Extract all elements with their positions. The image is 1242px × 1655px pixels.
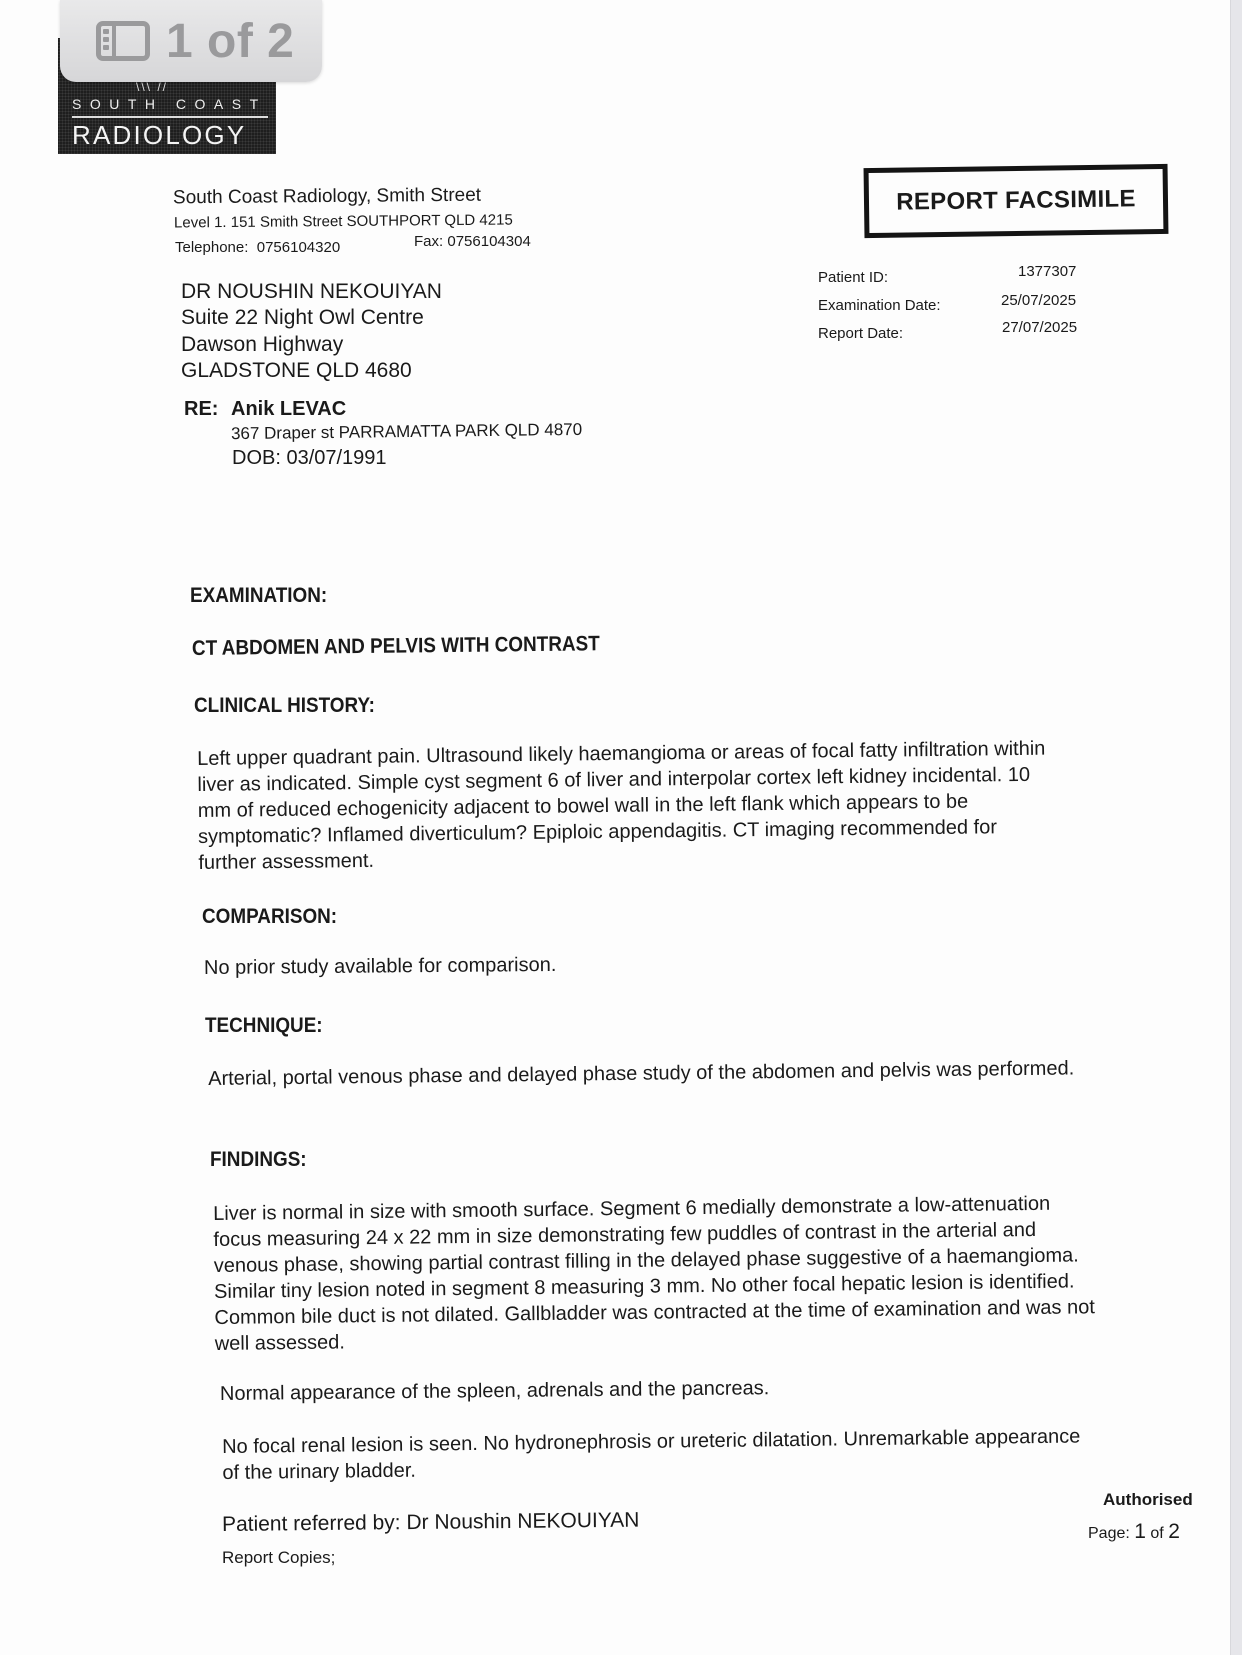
technique-text: Arterial, portal venous phase and delaye… [208,1055,1078,1092]
fax-value: 0756104304 [447,233,530,250]
examination-heading: EXAMINATION: [190,584,327,608]
findings-paragraph-3: No focal renal lesion is seen. No hydron… [222,1423,1083,1486]
logo-line2: RADIOLOGY [72,120,246,151]
patient-address: 367 Draper st PARRAMATTA PARK QLD 4870 [231,420,582,444]
page-total: 2 [1168,1520,1180,1543]
meta-label-exam-date: Examination Date: [818,297,941,314]
page-label: Page: [1088,1525,1130,1542]
report-facsimile-stamp: REPORT FACSIMILE [864,164,1169,238]
clinical-history-heading: CLINICAL HISTORY: [194,694,375,718]
sidebar-icon[interactable] [96,21,150,61]
clinic-telephone: Telephone: 0756104320 [175,239,340,256]
viewer-scroll-gutter[interactable] [1230,0,1242,1655]
report-copies: Report Copies; [222,1548,335,1568]
fax-label: Fax: [414,233,443,250]
page-indicator-text: 1 of 2 [166,14,294,69]
meta-value-exam-date: 25/07/2025 [1001,292,1076,309]
meta-value-report-date: 27/07/2025 [1002,319,1077,336]
telephone-value: 0756104320 [257,239,340,256]
meta-label-patient-id: Patient ID: [818,269,888,286]
comparison-heading: COMPARISON: [202,905,337,929]
logo-line1: SOUTH COAST [72,96,267,112]
telephone-label: Telephone: [175,239,248,256]
recipient-address-line3: GLADSTONE QLD 4680 [181,359,412,383]
report-page: \\\ // SOUTH COAST RADIOLOGY South Coast… [0,0,1230,1655]
re-label: RE: [184,398,218,421]
patient-dob: DOB: 03/07/1991 [232,447,387,470]
clinical-history-text: Left upper quadrant pain. Ultrasound lik… [197,735,1059,875]
meta-value-patient-id: 1377307 [1018,263,1076,280]
page-of-word: of [1150,1525,1163,1542]
patient-name: Anik LEVAC [231,398,346,421]
referred-by: Patient referred by: Dr Noushin NEKOUIYA… [222,1509,640,1537]
recipient-name: DR NOUSHIN NEKOUIYAN [181,280,442,304]
authorised-label: Authorised [1103,1490,1193,1510]
logo-rays: \\\ // [136,80,168,94]
findings-heading: FINDINGS: [210,1148,307,1172]
recipient-address-line2: Dawson Highway [181,333,343,357]
examination-value: CT ABDOMEN AND PELVIS WITH CONTRAST [192,632,600,661]
findings-paragraph-1: Liver is normal in size with smooth surf… [213,1190,1100,1357]
recipient-address-line1: Suite 22 Night Owl Centre [181,306,424,330]
logo-rule [72,116,268,118]
comparison-text: No prior study available for comparison. [204,954,557,980]
technique-heading: TECHNIQUE: [205,1014,323,1038]
clinic-fax: Fax: 0756104304 [414,233,531,250]
meta-label-report-date: Report Date: [818,325,903,342]
clinic-address: Level 1. 151 Smith Street SOUTHPORT QLD … [174,212,513,232]
clinic-name: South Coast Radiology, Smith Street [173,185,481,210]
page-current: 1 [1134,1520,1146,1543]
findings-paragraph-2: Normal appearance of the spleen, adrenal… [220,1377,769,1406]
page-number: Page: 1 of 2 [1088,1520,1180,1544]
page-indicator[interactable]: 1 of 2 [60,0,322,82]
